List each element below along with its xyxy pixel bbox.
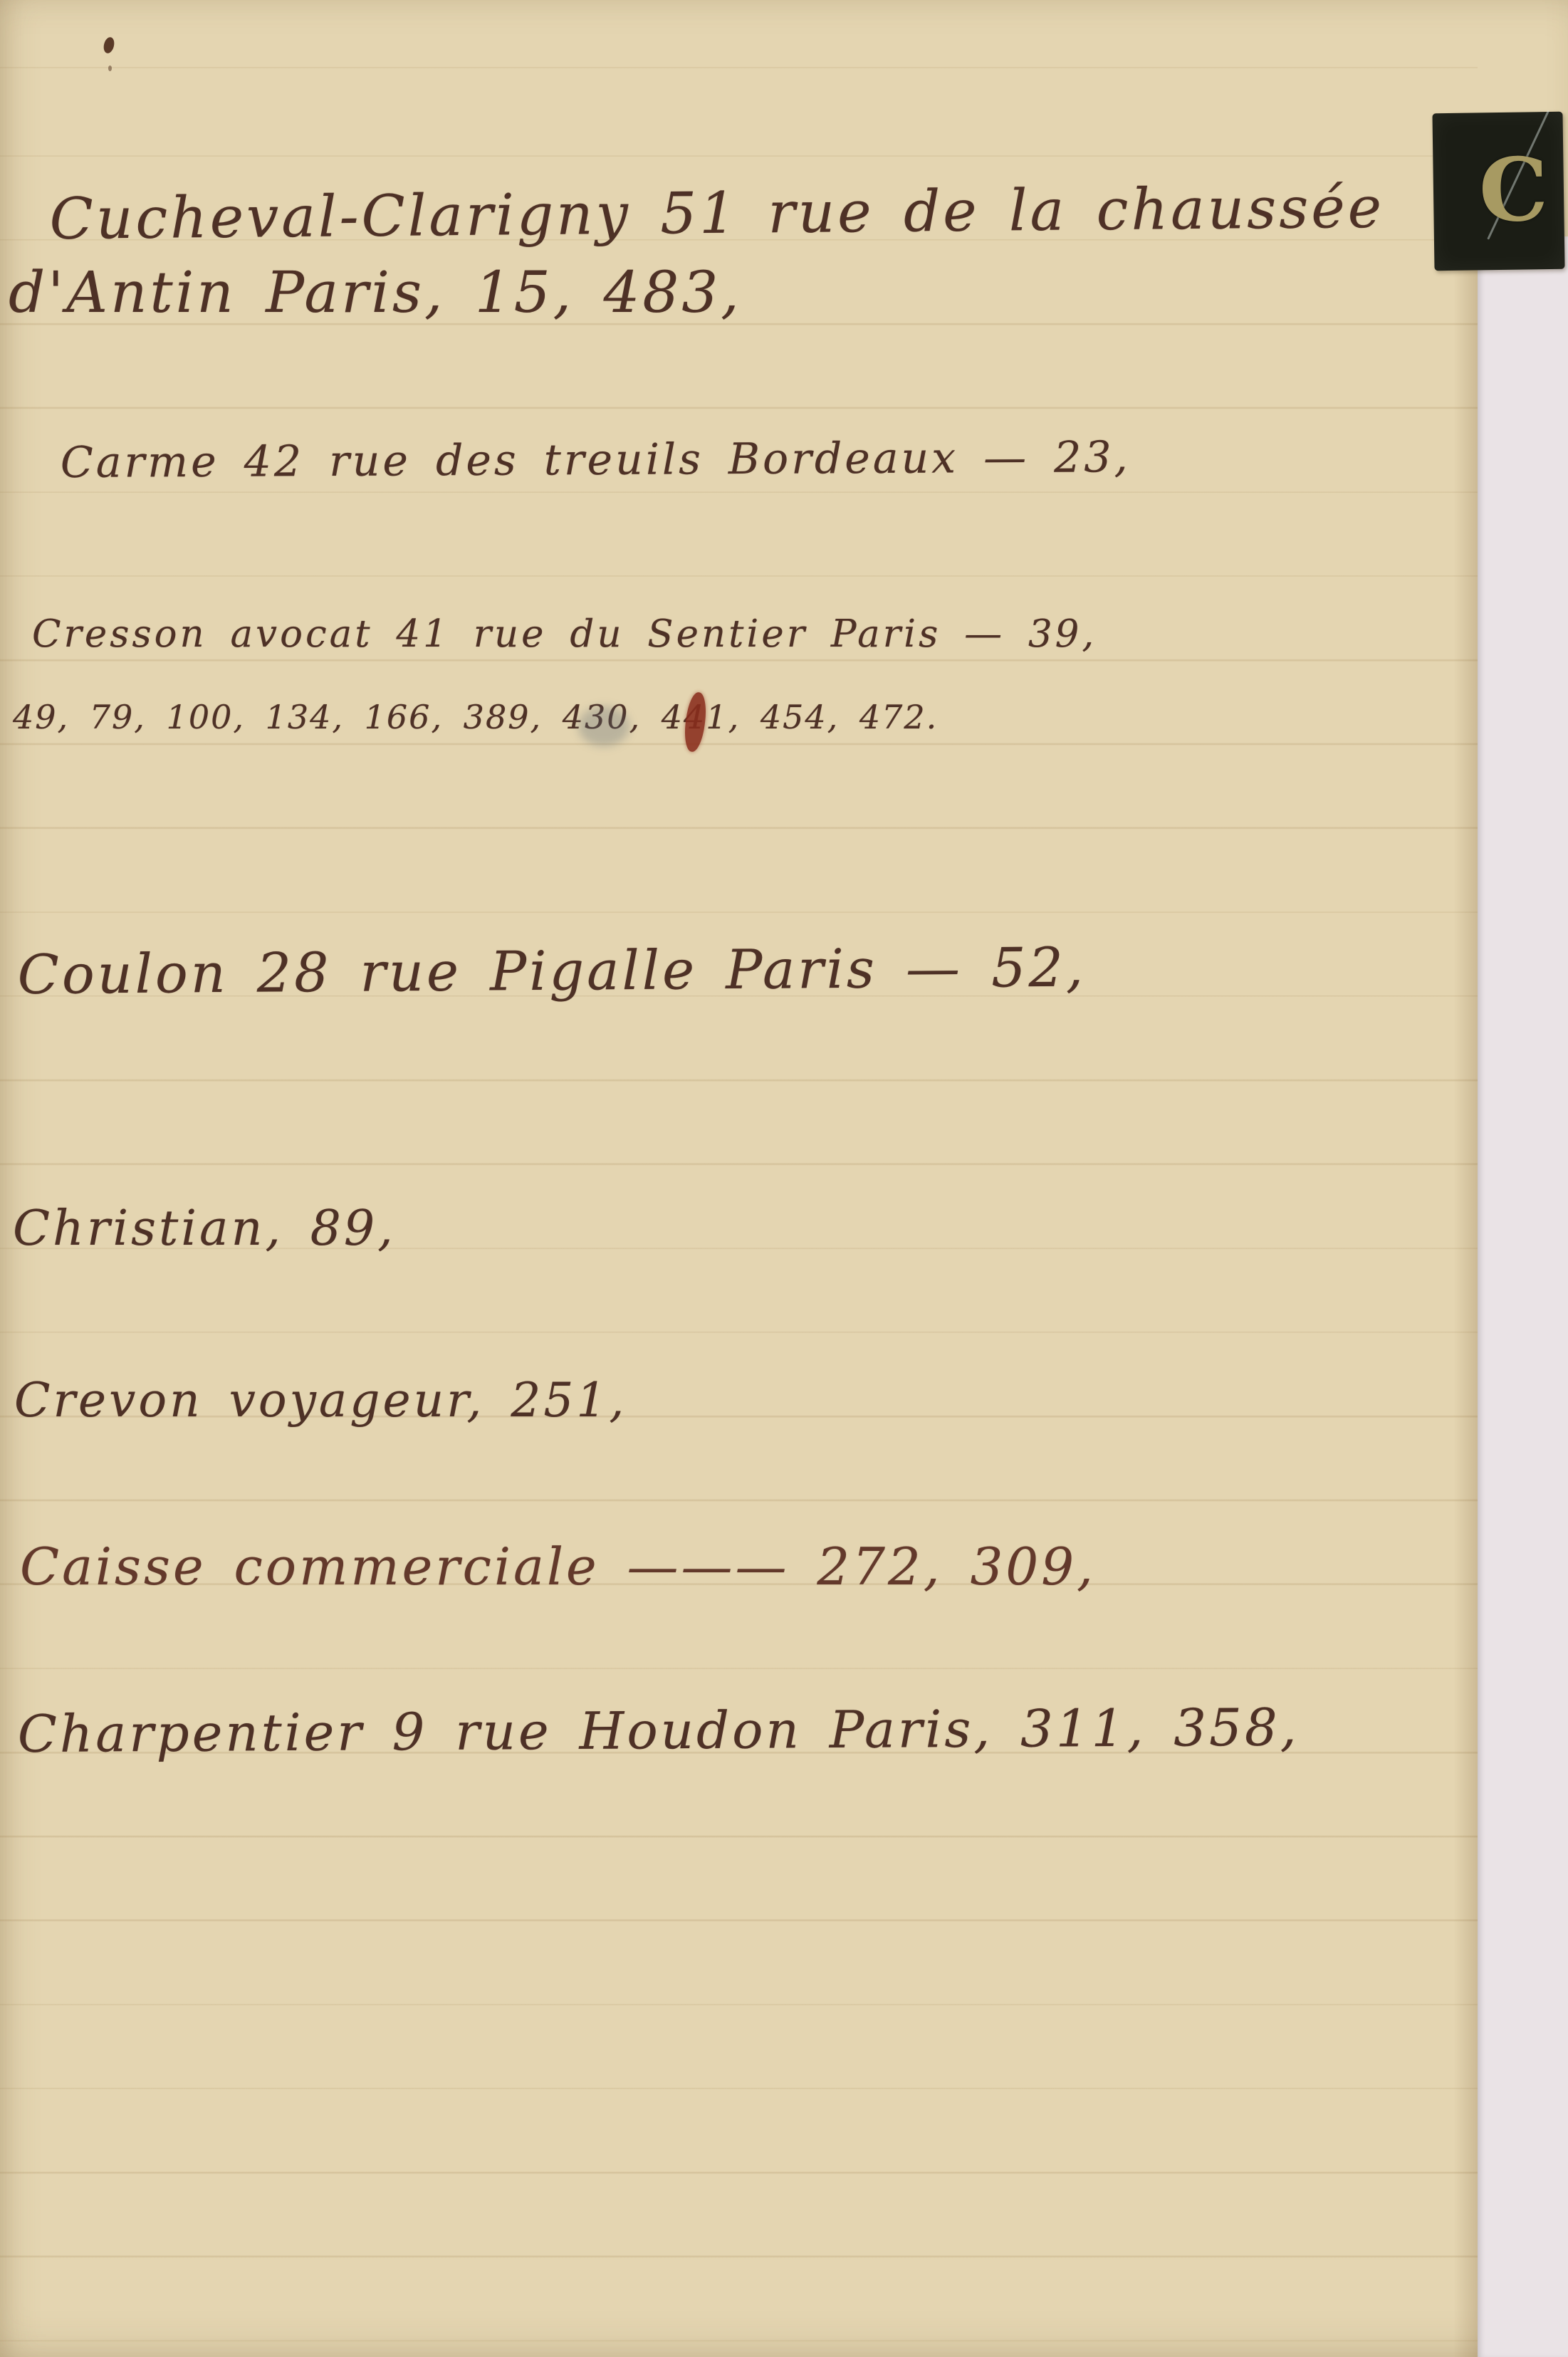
entry-christian: Christian, 89, xyxy=(13,1205,396,1253)
entry-caisse-commerciale: Caisse commerciale ——— 272, 309, xyxy=(20,1541,1096,1592)
entry-charpentier: Charpentier 9 rue Houdon Paris, 311, 358… xyxy=(18,1702,1300,1760)
page-edge-strip xyxy=(1478,236,1568,2357)
entry-carme: Carme 42 rue des treuils Bordeaux — 23, xyxy=(61,436,1131,484)
ink-speck-small xyxy=(108,66,112,71)
gray-ink-smudge xyxy=(578,706,629,746)
entry-cucheval-clarigny-line-1: Cucheval-Clarigny 51 rue de la chaussée xyxy=(49,179,1384,248)
ruled-lines xyxy=(0,0,1478,2357)
entry-cresson-line-1: Cresson avocat 41 rue du Sentier Paris —… xyxy=(32,615,1097,653)
entry-cucheval-clarigny-line-2: d'Antin Paris, 15, 483, xyxy=(9,264,742,321)
entry-crevon: Crevon voyageur, 251, xyxy=(14,1377,627,1424)
page-edge-shadow xyxy=(1453,236,1478,2357)
entry-cresson-line-2: 49, 79, 100, 134, 166, 389, 430, 441, 45… xyxy=(13,701,938,733)
index-tab-c: C xyxy=(1432,112,1564,271)
ink-speck xyxy=(102,36,115,55)
ledger-page: C Cucheval-Clarigny 51 rue de la chaussé… xyxy=(0,0,1568,2357)
entry-coulon: Coulon 28 rue Pigalle Paris — 52, xyxy=(17,941,1086,1002)
tab-letter: C xyxy=(1478,145,1549,233)
